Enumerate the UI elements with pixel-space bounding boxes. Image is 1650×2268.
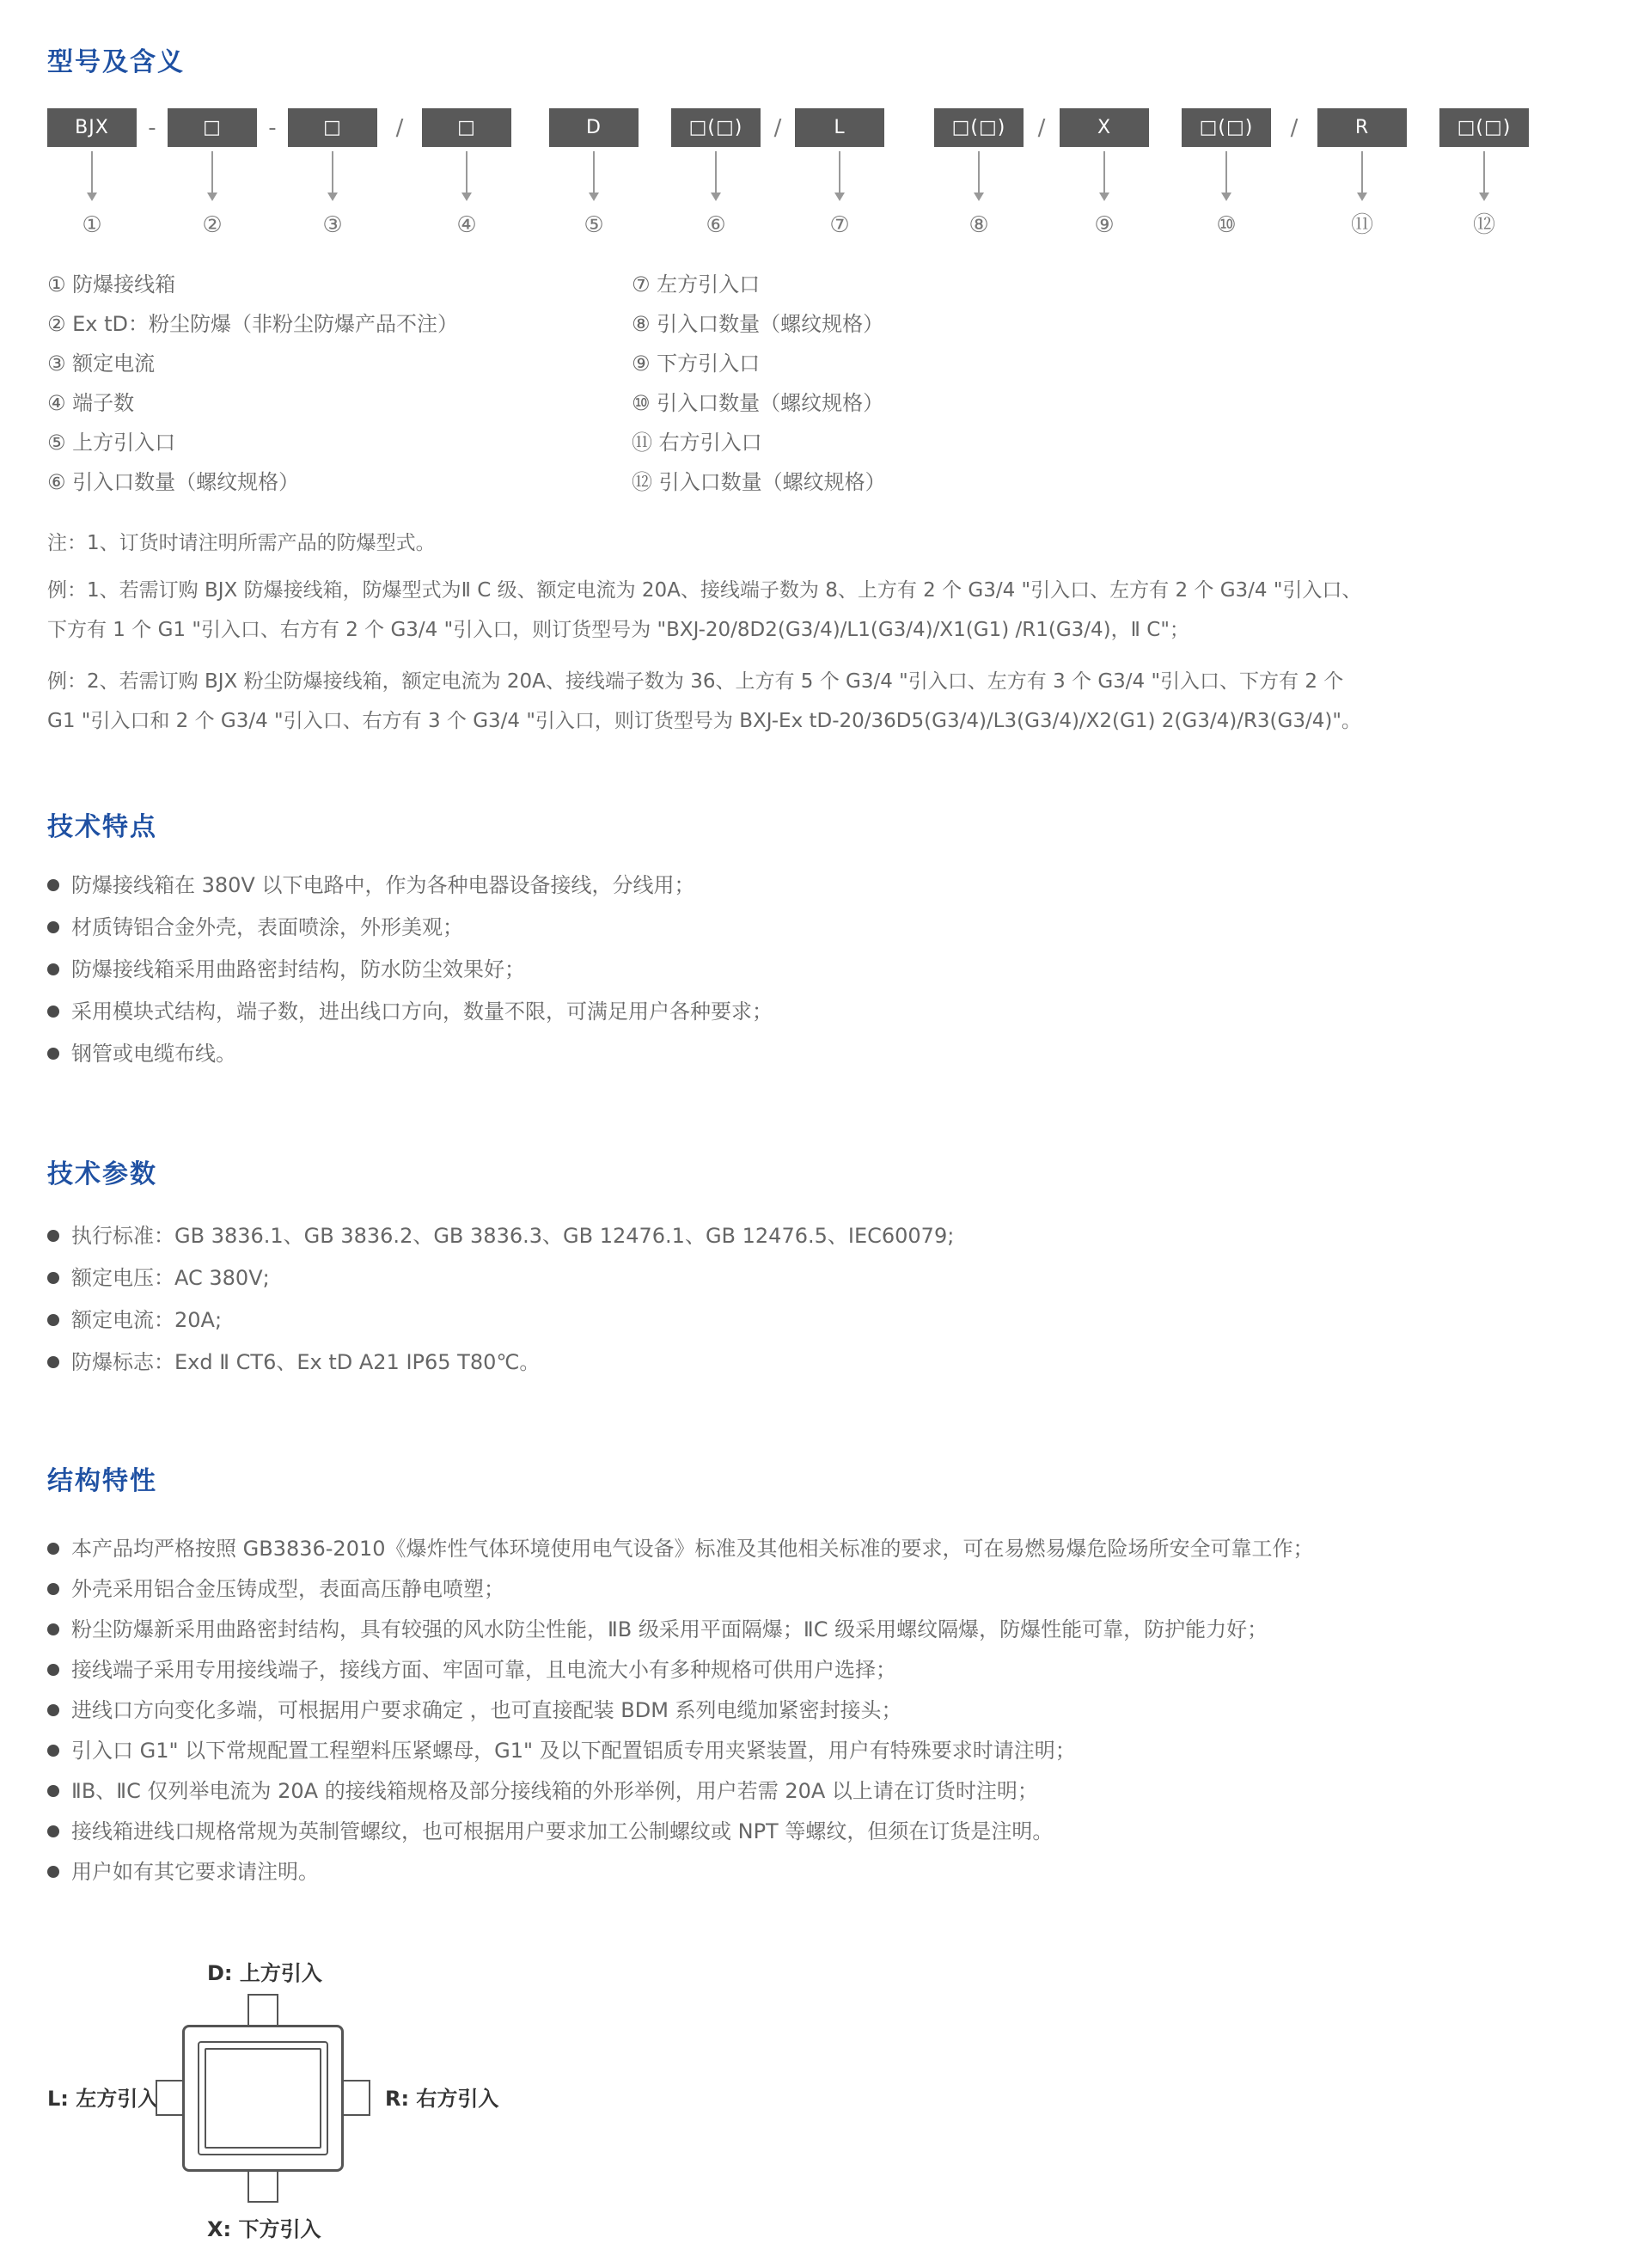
diagram-label-bottom-entry: X: 下方引入 [207,2217,321,2241]
down-arrow-icon [327,151,338,201]
bullet-icon [47,879,59,891]
separator: - [137,108,168,147]
param-item: 额定电压：AC 380V; [47,1257,1624,1299]
diagram-label-right-entry: R: 右方引入 [385,2087,498,2111]
page-content: 型号及含义 BJX ① - □ ② - □ ③ / □ ④ D ⑤ [0,0,1650,2253]
down-arrow-icon [711,151,721,201]
down-arrow-icon [1479,151,1489,201]
down-arrow-icon [834,151,845,201]
structure-text: 用户如有其它要求请注明。 [71,1852,319,1892]
feature-text: 防爆接线箱在 380V 以下电路中，作为各种电器设备接线，分线用； [71,865,694,907]
model-segment-6: □(□) ⑥ [671,108,761,241]
bullet-icon [47,1704,59,1716]
separator: / [761,108,795,147]
bullet-icon [47,1230,59,1242]
model-segment-9: X ⑨ [1060,108,1149,241]
features-list: 防爆接线箱在 380V 以下电路中，作为各种电器设备接线，分线用； 材质铸铝合金… [47,865,1624,1075]
legend-item: ⑧ 引入口数量（螺纹规格） [632,304,886,344]
circled-number-1: ① [82,210,101,241]
diagram-bottom-entry-stub [247,2170,278,2203]
circled-number-2: ② [202,210,222,241]
legend-item: ⑫ 引入口数量（螺纹规格） [632,462,886,502]
separator [1149,108,1182,147]
diagram-left-entry-stub [156,2080,186,2116]
bullet-icon [47,1623,59,1635]
params-title: 技术参数 [47,1157,1624,1193]
model-segment-1: BJX ① [47,108,137,241]
params-list: 执行标准：GB 3836.1、GB 3836.2、GB 3836.3、GB 12… [47,1215,1624,1384]
model-segment-10: □(□) ⑩ [1182,108,1271,241]
legend-item: ② Ex tD：粉尘防爆（非粉尘防爆产品不注） [47,304,632,344]
structure-text: 引入口 G1" 以下常规配置工程塑料压紧螺母，G1" 及以下配置铝质专用夹紧装置… [71,1731,1076,1771]
example-2: 例：2、若需订购 BJX 粉尘防爆接线箱，额定电流为 20A、接线端子数为 36… [47,662,1624,741]
separator: / [377,108,422,147]
model-code-diagram: BJX ① - □ ② - □ ③ / □ ④ D ⑤ □(□) [47,108,1624,241]
diagram-box-lid [198,2041,328,2155]
legend-item: ⑪ 右方引入口 [632,423,886,462]
model-segment-7: L ⑦ [795,108,884,241]
model-box-4: □ [422,108,511,147]
bullet-icon [47,963,59,975]
feature-item: 防爆接线箱采用曲路密封结构，防水防尘效果好； [47,949,1624,991]
structure-item: 进线口方向变化多端，可根据用户要求确定 ，也可直接配装 BDM 系列电缆加紧密封… [47,1690,1624,1731]
down-arrow-icon [461,151,472,201]
circled-number-11: ⑪ [1351,210,1373,241]
structure-text: 接线箱进线口规格常规为英制管螺纹，也可根据用户要求加工公制螺纹或 NPT 等螺纹… [71,1812,1053,1852]
down-arrow-icon [1357,151,1367,201]
model-box-12: □(□) [1439,108,1529,147]
structure-title: 结构特性 [47,1464,1624,1500]
separator [1407,108,1439,147]
structure-list: 本产品均严格按照 GB3836-2010《爆炸性气体环境使用电气设备》标准及其他… [47,1529,1624,1892]
circled-number-4: ④ [456,210,476,241]
down-arrow-icon [974,151,984,201]
diagram-label-top-entry: D: 上方引入 [207,1961,322,1985]
structure-item: 接线箱进线口规格常规为英制管螺纹，也可根据用户要求加工公制螺纹或 NPT 等螺纹… [47,1812,1624,1852]
bullet-icon [47,1825,59,1837]
param-item: 防爆标志：Exd Ⅱ CT6、Ex tD A21 IP65 T80℃。 [47,1342,1624,1384]
down-arrow-icon [207,151,217,201]
bullet-icon [47,1664,59,1676]
model-segment-5: D ⑤ [549,108,639,241]
separator: / [1271,108,1317,147]
circled-number-7: ⑦ [829,210,849,241]
param-text: 额定电流：20A; [71,1299,222,1342]
feature-text: 材质铸铝合金外壳，表面喷涂，外形美观； [71,907,463,949]
diagram-box-lid-inner [205,2048,321,2149]
model-legend: ① 防爆接线箱 ② Ex tD：粉尘防爆（非粉尘防爆产品不注） ③ 额定电流 ④… [47,265,1624,502]
example-line: 例：2、若需订购 BJX 粉尘防爆接线箱，额定电流为 20A、接线端子数为 36… [47,662,1624,701]
legend-item: ④ 端子数 [47,383,632,423]
structure-text: 外壳采用铝合金压铸成型，表面高压静电喷塑； [71,1569,504,1610]
model-segment-8: □(□) ⑧ [934,108,1024,241]
structure-item: 外壳采用铝合金压铸成型，表面高压静电喷塑； [47,1569,1624,1610]
legend-item: ⑤ 上方引入口 [47,423,632,462]
bullet-icon [47,1006,59,1018]
example-1: 例：1、若需订购 BJX 防爆接线箱，防爆型式为Ⅱ C 级、额定电流为 20A、… [47,571,1624,650]
legend-item: ① 防爆接线箱 [47,265,632,304]
bullet-icon [47,1048,59,1060]
legend-column-left: ① 防爆接线箱 ② Ex tD：粉尘防爆（非粉尘防爆产品不注） ③ 额定电流 ④… [47,265,632,502]
structure-text: 粉尘防爆新采用曲路密封结构，具有较强的风水防尘性能，ⅡB 级采用平面隔爆；ⅡC … [71,1610,1268,1650]
bullet-icon [47,1866,59,1878]
circled-number-10: ⑩ [1216,210,1236,241]
down-arrow-icon [1221,151,1231,201]
diagram-label-left-entry: L: 左方引入 [47,2087,158,2111]
structure-text: 进线口方向变化多端，可根据用户要求确定 ，也可直接配装 BDM 系列电缆加紧密封… [71,1690,902,1731]
model-box-7: L [795,108,884,147]
separator [511,108,549,147]
param-text: 执行标准：GB 3836.1、GB 3836.2、GB 3836.3、GB 12… [71,1215,954,1257]
param-text: 额定电压：AC 380V; [71,1257,270,1299]
bullet-icon [47,1583,59,1595]
feature-item: 采用模块式结构，端子数，进出线口方向，数量不限，可满足用户各种要求； [47,991,1624,1033]
legend-column-right: ⑦ 左方引入口 ⑧ 引入口数量（螺纹规格） ⑨ 下方引入口 ⑩ 引入口数量（螺纹… [632,265,886,502]
circled-number-9: ⑨ [1094,210,1114,241]
bullet-icon [47,1272,59,1284]
feature-text: 防爆接线箱采用曲路密封结构，防水防尘效果好； [71,949,525,991]
bullet-icon [47,1745,59,1757]
model-box-3: □ [288,108,377,147]
circled-number-6: ⑥ [706,210,725,241]
structure-text: 接线端子采用专用接线端子，接线方面、牢固可靠，且电流大小有多种规格可供用户选择； [71,1650,896,1690]
separator: / [1024,108,1060,147]
model-segment-4: □ ④ [422,108,511,241]
model-segment-12: □(□) ⑫ [1439,108,1529,241]
diagram-box-body [182,2025,344,2172]
structure-text: 本产品均严格按照 GB3836-2010《爆炸性气体环境使用电气设备》标准及其他… [71,1529,1314,1569]
feature-text: 采用模块式结构，端子数，进出线口方向，数量不限，可满足用户各种要求； [71,991,773,1033]
ordering-notes: 注：1、订货时请注明所需产品的防爆型式。 例：1、若需订购 BJX 防爆接线箱，… [47,528,1624,741]
structure-section: 结构特性 本产品均严格按照 GB3836-2010《爆炸性气体环境使用电气设备》… [47,1464,1624,1892]
circled-number-3: ③ [322,210,342,241]
junction-box-diagram: D: 上方引入 L: 左方引入 R: 右方引入 X: 下方引入 [47,1961,546,2253]
param-item: 执行标准：GB 3836.1、GB 3836.2、GB 3836.3、GB 12… [47,1215,1624,1257]
feature-text: 钢管或电缆布线。 [71,1033,236,1075]
example-line: 例：1、若需订购 BJX 防爆接线箱，防爆型式为Ⅱ C 级、额定电流为 20A、… [47,571,1624,610]
legend-item: ③ 额定电流 [47,344,632,383]
bullet-icon [47,1785,59,1797]
structure-item: 引入口 G1" 以下常规配置工程塑料压紧螺母，G1" 及以下配置铝质专用夹紧装置… [47,1731,1624,1771]
bullet-icon [47,921,59,933]
model-section-title: 型号及含义 [47,45,1624,81]
model-box-1: BJX [47,108,137,147]
param-item: 额定电流：20A; [47,1299,1624,1342]
legend-item: ⑦ 左方引入口 [632,265,886,304]
model-box-5: D [549,108,639,147]
separator [884,108,934,147]
bullet-icon [47,1314,59,1326]
model-box-11: R [1317,108,1407,147]
legend-item: ⑥ 引入口数量（螺纹规格） [47,462,632,502]
diagram-right-entry-stub [340,2080,370,2116]
model-box-6: □(□) [671,108,761,147]
down-arrow-icon [589,151,599,201]
model-box-9: X [1060,108,1149,147]
features-section: 技术特点 防爆接线箱在 380V 以下电路中，作为各种电器设备接线，分线用； 材… [47,810,1624,1075]
legend-item: ⑨ 下方引入口 [632,344,886,383]
down-arrow-icon [1099,151,1109,201]
feature-item: 防爆接线箱在 380V 以下电路中，作为各种电器设备接线，分线用； [47,865,1624,907]
circled-number-5: ⑤ [584,210,603,241]
separator: - [257,108,288,147]
example-line: G1 "引入口和 2 个 G3/4 "引入口、右方有 3 个 G3/4 "引入口… [47,701,1624,741]
bullet-icon [47,1356,59,1368]
feature-item: 材质铸铝合金外壳，表面喷涂，外形美观； [47,907,1624,949]
down-arrow-icon [87,151,97,201]
circled-number-12: ⑫ [1473,210,1495,241]
note-line: 注：1、订货时请注明所需产品的防爆型式。 [47,528,1624,559]
feature-item: 钢管或电缆布线。 [47,1033,1624,1075]
model-box-8: □(□) [934,108,1024,147]
model-segment-3: □ ③ [288,108,377,241]
structure-item: 本产品均严格按照 GB3836-2010《爆炸性气体环境使用电气设备》标准及其他… [47,1529,1624,1569]
param-text: 防爆标志：Exd Ⅱ CT6、Ex tD A21 IP65 T80℃。 [71,1342,540,1384]
legend-item: ⑩ 引入口数量（螺纹规格） [632,383,886,423]
model-segment-2: □ ② [168,108,257,241]
features-title: 技术特点 [47,810,1624,846]
circled-number-8: ⑧ [969,210,988,241]
model-segment-11: R ⑪ [1317,108,1407,241]
structure-item: ⅡB、ⅡC 仅列举电流为 20A 的接线箱规格及部分接线箱的外形举例，用户若需 … [47,1771,1624,1812]
structure-item: 接线端子采用专用接线端子，接线方面、牢固可靠，且电流大小有多种规格可供用户选择； [47,1650,1624,1690]
separator [639,108,671,147]
model-box-10: □(□) [1182,108,1271,147]
structure-item: 用户如有其它要求请注明。 [47,1852,1624,1892]
structure-item: 粉尘防爆新采用曲路密封结构，具有较强的风水防尘性能，ⅡB 级采用平面隔爆；ⅡC … [47,1610,1624,1650]
diagram-top-entry-stub [247,1994,278,2028]
bullet-icon [47,1543,59,1555]
model-box-2: □ [168,108,257,147]
example-line: 下方有 1 个 G1 "引入口、右方有 2 个 G3/4 "引入口，则订货型号为… [47,610,1624,650]
params-section: 技术参数 执行标准：GB 3836.1、GB 3836.2、GB 3836.3、… [47,1157,1624,1384]
structure-text: ⅡB、ⅡC 仅列举电流为 20A 的接线箱规格及部分接线箱的外形举例，用户若需 … [71,1771,1038,1812]
